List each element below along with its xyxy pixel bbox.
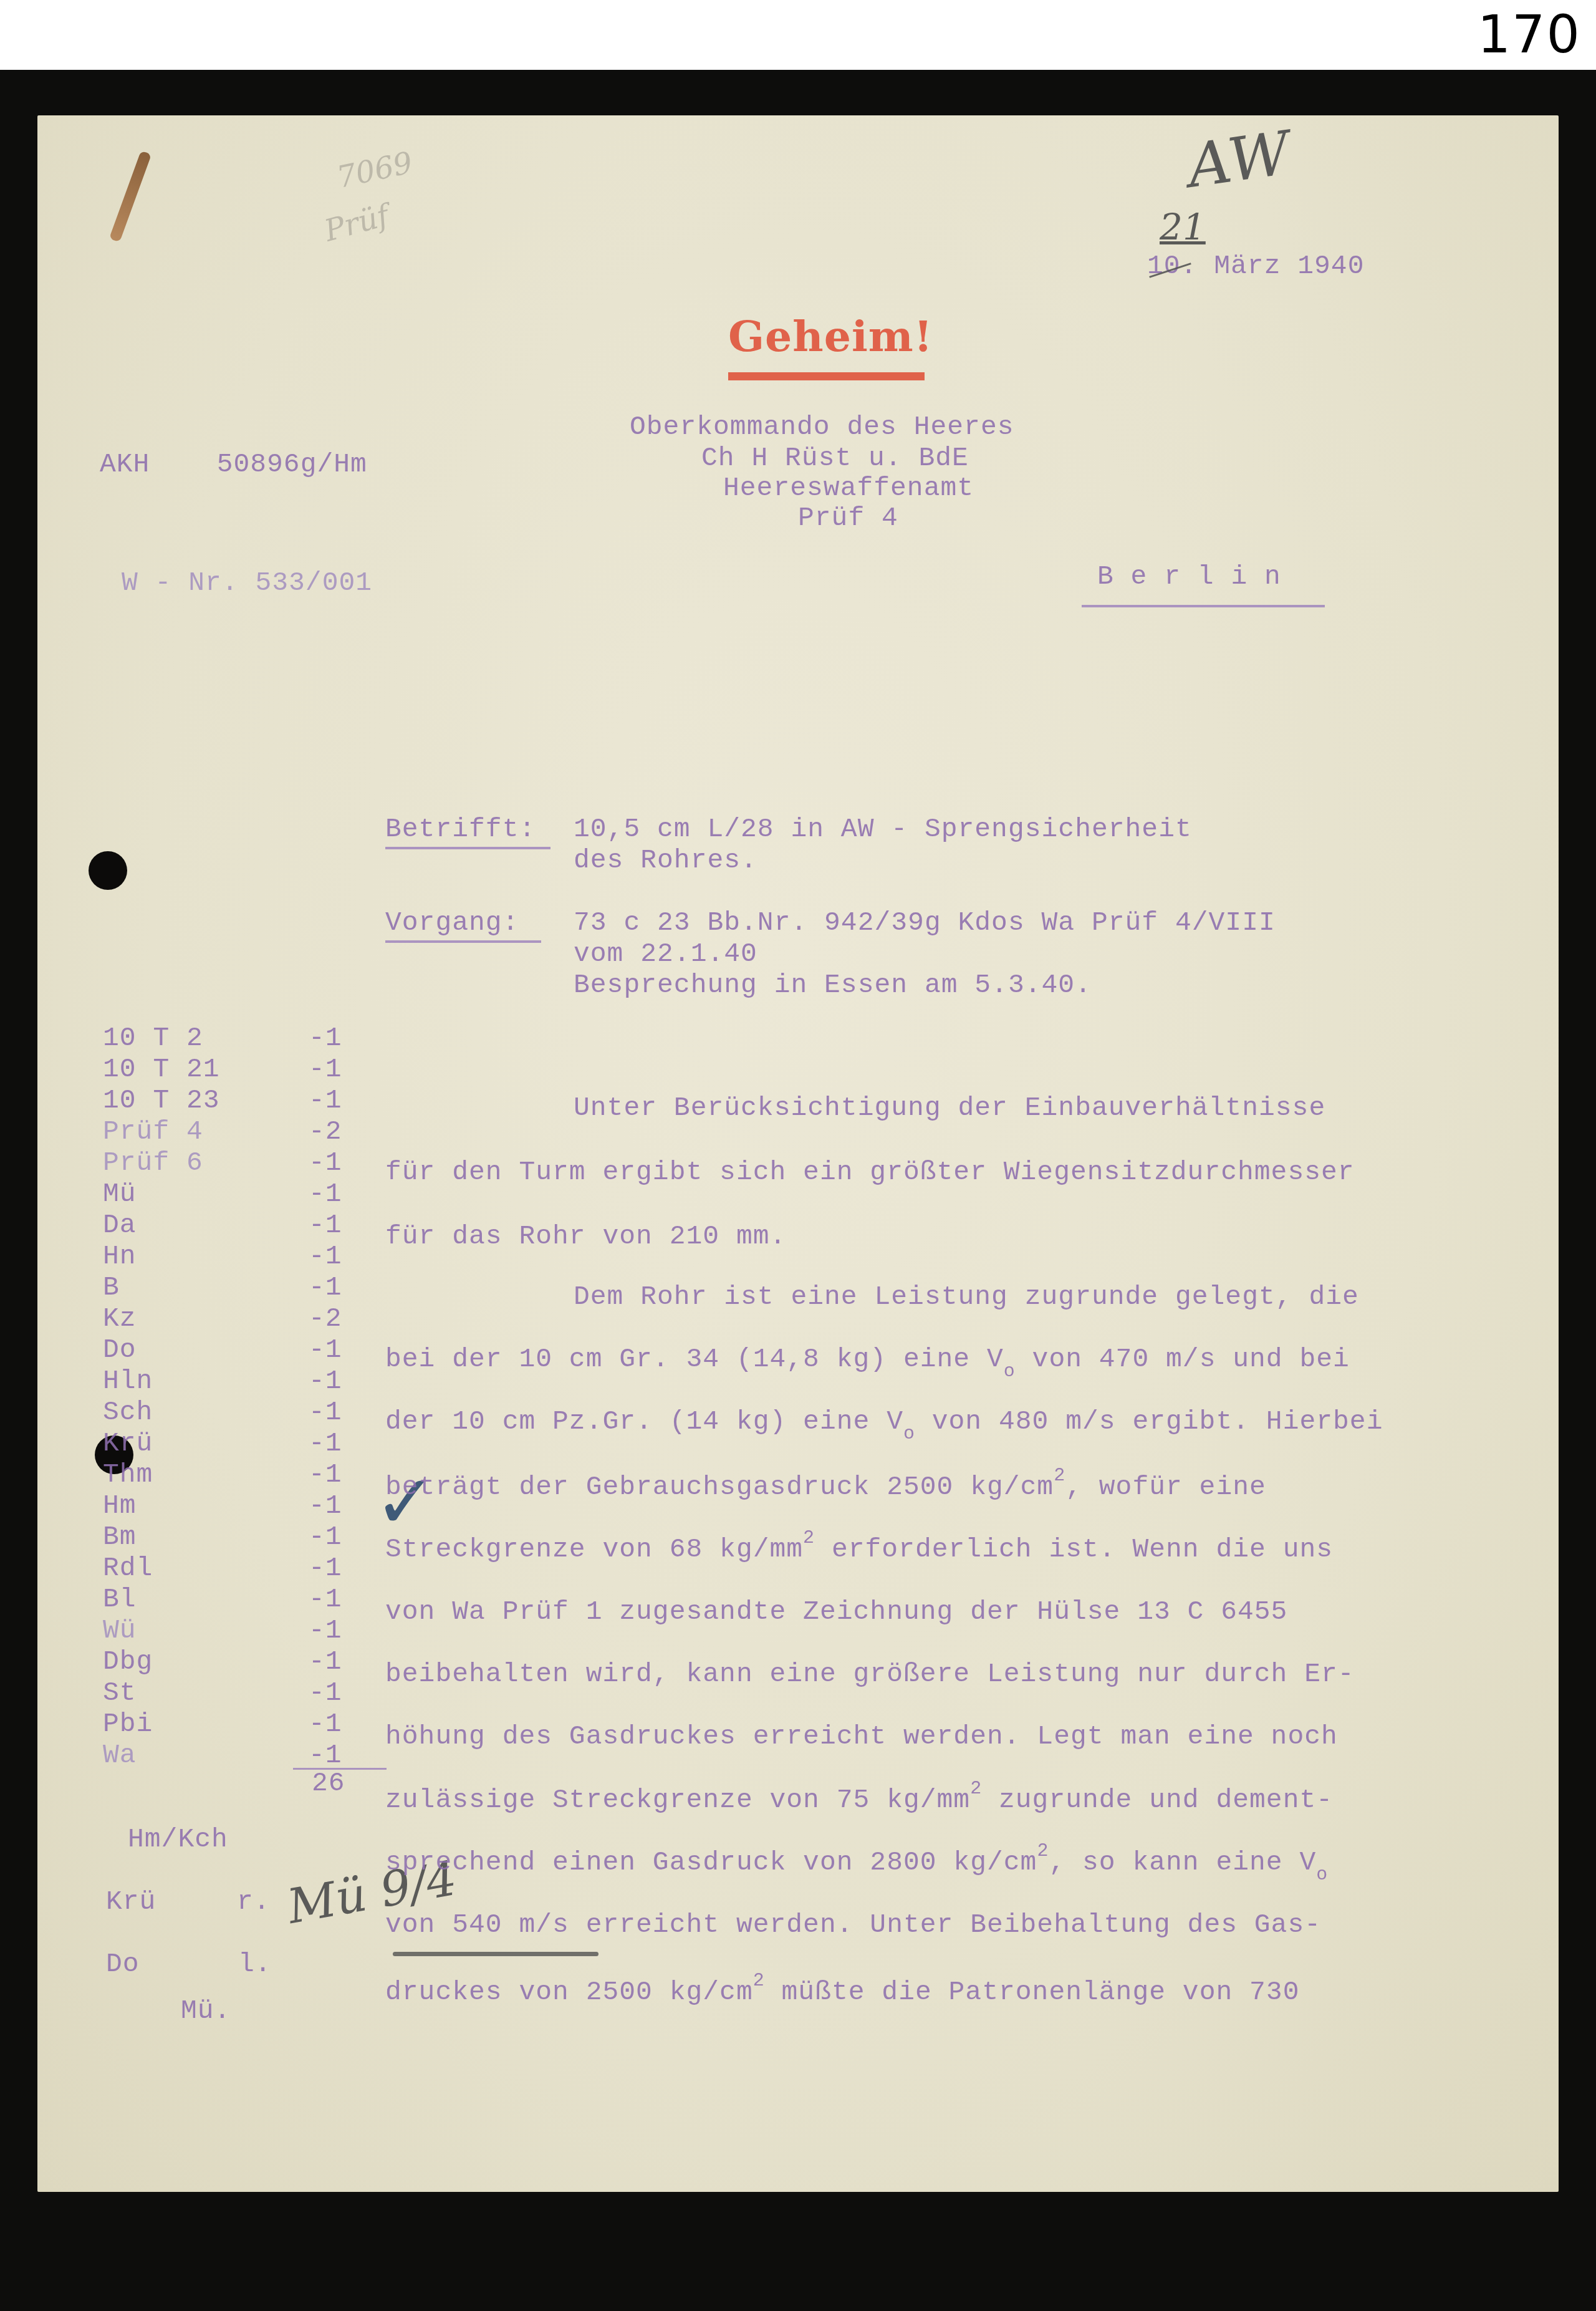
dist-count: -1: [309, 1179, 342, 1210]
sender-line-4: Prüf 4: [798, 503, 898, 534]
dist-count: -1: [309, 1646, 342, 1677]
dist-name: Wa: [103, 1740, 137, 1771]
classification-stamp: Geheim!: [728, 312, 933, 362]
body-line: Dem Rohr ist eine Leistung zugrunde gele…: [574, 1281, 1359, 1313]
sender-line-1: Oberkommando des Heeres: [630, 412, 1014, 443]
dist-count: -1: [309, 1428, 342, 1459]
dist-count: -1: [309, 1584, 342, 1615]
body-line: beibehalten wird, kann eine größere Leis…: [385, 1659, 1355, 1690]
body-line: zulässige Streckgrenze von 75 kg/mm2 zug…: [385, 1785, 1333, 1818]
dist-count: -1: [309, 1709, 342, 1740]
dist-name: Dbg: [103, 1646, 153, 1677]
body-line: beträgt der Gebrauchsgasdruck 2500 kg/cm…: [385, 1472, 1266, 1505]
betrifft-label: Betrifft:: [385, 814, 536, 845]
dist-count: -1: [309, 1677, 342, 1709]
sign-row-left: Do: [106, 1949, 140, 1980]
punch-hole-icon: [89, 851, 127, 890]
dist-name: Krü: [103, 1428, 153, 1459]
dist-count: -1: [309, 1740, 342, 1771]
dist-name: Hn: [103, 1241, 137, 1272]
dist-count: -2: [309, 1116, 342, 1147]
dist-name: Kz: [103, 1303, 137, 1334]
dist-name: Da: [103, 1210, 137, 1241]
folio-strip: 170: [0, 0, 1596, 70]
pencil-underline: [393, 1952, 598, 1956]
betrifft-underline: [385, 847, 550, 849]
dist-name: Hln: [103, 1366, 153, 1397]
dist-count: -1: [309, 1615, 342, 1646]
pencil-aw-mark: AW: [1183, 118, 1294, 201]
dist-count: -1: [309, 1366, 342, 1397]
dist-count: -1: [309, 1241, 342, 1272]
vorgang-label: Vorgang:: [385, 907, 519, 938]
body-line: Unter Berücksichtigung der Einbauverhält…: [574, 1093, 1325, 1124]
body-line: der 10 cm Pz.Gr. (14 kg) eine Vo von 480…: [385, 1406, 1383, 1440]
dist-count: -1: [309, 1147, 342, 1179]
date-correction: 21: [1160, 206, 1206, 248]
body-line: für den Turm ergibt sich ein größter Wie…: [385, 1157, 1355, 1188]
dist-name: 10 T 2: [103, 1023, 203, 1054]
vorgang-line-3: Besprechung in Essen am 5.3.40.: [574, 970, 1092, 1001]
dist-count: -1: [309, 1397, 342, 1428]
dist-name: 10 T 21: [103, 1054, 220, 1085]
dist-name: St: [103, 1677, 137, 1709]
dist-count: -1: [309, 1522, 342, 1553]
vorgang-underline: [385, 940, 541, 943]
dist-count: -1: [309, 1553, 342, 1584]
dist-count: -1: [309, 1334, 342, 1366]
body-line: von 540 m/s erreicht werden. Unter Beibe…: [385, 1909, 1321, 1941]
sender-line-2: Ch H Rüst u. BdE: [701, 443, 969, 474]
dist-total: 26: [312, 1768, 345, 1799]
dist-count: -1: [309, 1054, 342, 1085]
dist-name: Bl: [103, 1584, 137, 1615]
dist-name: Hm: [103, 1490, 137, 1522]
sign-row-right: l.: [238, 1949, 272, 1980]
body-line: höhung des Gasdruckes erreicht werden. L…: [385, 1721, 1338, 1752]
body-line: sprechend einen Gasdruck von 2800 kg/cm2…: [385, 1847, 1328, 1881]
dist-name: Do: [103, 1334, 137, 1366]
body-line: für das Rohr von 210 mm.: [385, 1221, 786, 1252]
dist-name: B: [103, 1272, 120, 1303]
dist-name: Mü: [103, 1179, 137, 1210]
dist-count: -1: [309, 1459, 342, 1490]
dist-count: -1: [309, 1023, 342, 1054]
sign-bottom: Mü.: [181, 1995, 231, 2027]
sender-line-3: Heereswaffenamt: [723, 473, 974, 504]
dist-name: Pbi: [103, 1709, 153, 1740]
dist-count: -1: [309, 1085, 342, 1116]
w-number: W - Nr. 533/001: [122, 567, 372, 599]
place: B e r l i n: [1097, 561, 1281, 592]
body-line: bei der 10 cm Gr. 34 (14,8 kg) eine Vo v…: [385, 1344, 1350, 1377]
folio-number: 170: [1478, 4, 1581, 65]
vorgang-line-2: vom 22.1.40: [574, 938, 757, 970]
dist-count: -1: [309, 1210, 342, 1241]
dictation-initials: Hm/Kch: [128, 1824, 228, 1855]
classification-underline: [728, 372, 925, 380]
dist-count: -1: [309, 1272, 342, 1303]
dist-count: -2: [309, 1303, 342, 1334]
vorgang-line-1: 73 c 23 Bb.Nr. 942/39g Kdos Wa Prüf 4/VI…: [574, 907, 1276, 938]
place-underline: [1082, 605, 1325, 607]
dist-name: Prüf 6: [103, 1147, 203, 1179]
dist-name: Thm: [103, 1459, 153, 1490]
dist-name: 10 T 23: [103, 1085, 220, 1116]
body-line: Streckgrenze von 68 kg/mm2 erforderlich …: [385, 1534, 1333, 1568]
reference-number: AKH 50896g/Hm: [100, 449, 367, 480]
dist-name: Wü: [103, 1615, 137, 1646]
dist-name: Prüf 4: [103, 1116, 203, 1147]
betrifft-line-2: des Rohres.: [574, 845, 757, 876]
dist-name: Rdl: [103, 1553, 153, 1584]
body-line: druckes von 2500 kg/cm2 müßte die Patron…: [385, 1977, 1299, 2010]
dist-count: -1: [309, 1490, 342, 1522]
sign-row-left: Krü: [106, 1886, 156, 1918]
dist-name: Sch: [103, 1397, 153, 1428]
body-line: von Wa Prüf 1 zugesandte Zeichnung der H…: [385, 1596, 1287, 1628]
dist-name: Bm: [103, 1522, 137, 1553]
betrifft-line-1: 10,5 cm L/28 in AW - Sprengsicherheit: [574, 814, 1192, 845]
sign-row-right: r.: [237, 1886, 271, 1918]
